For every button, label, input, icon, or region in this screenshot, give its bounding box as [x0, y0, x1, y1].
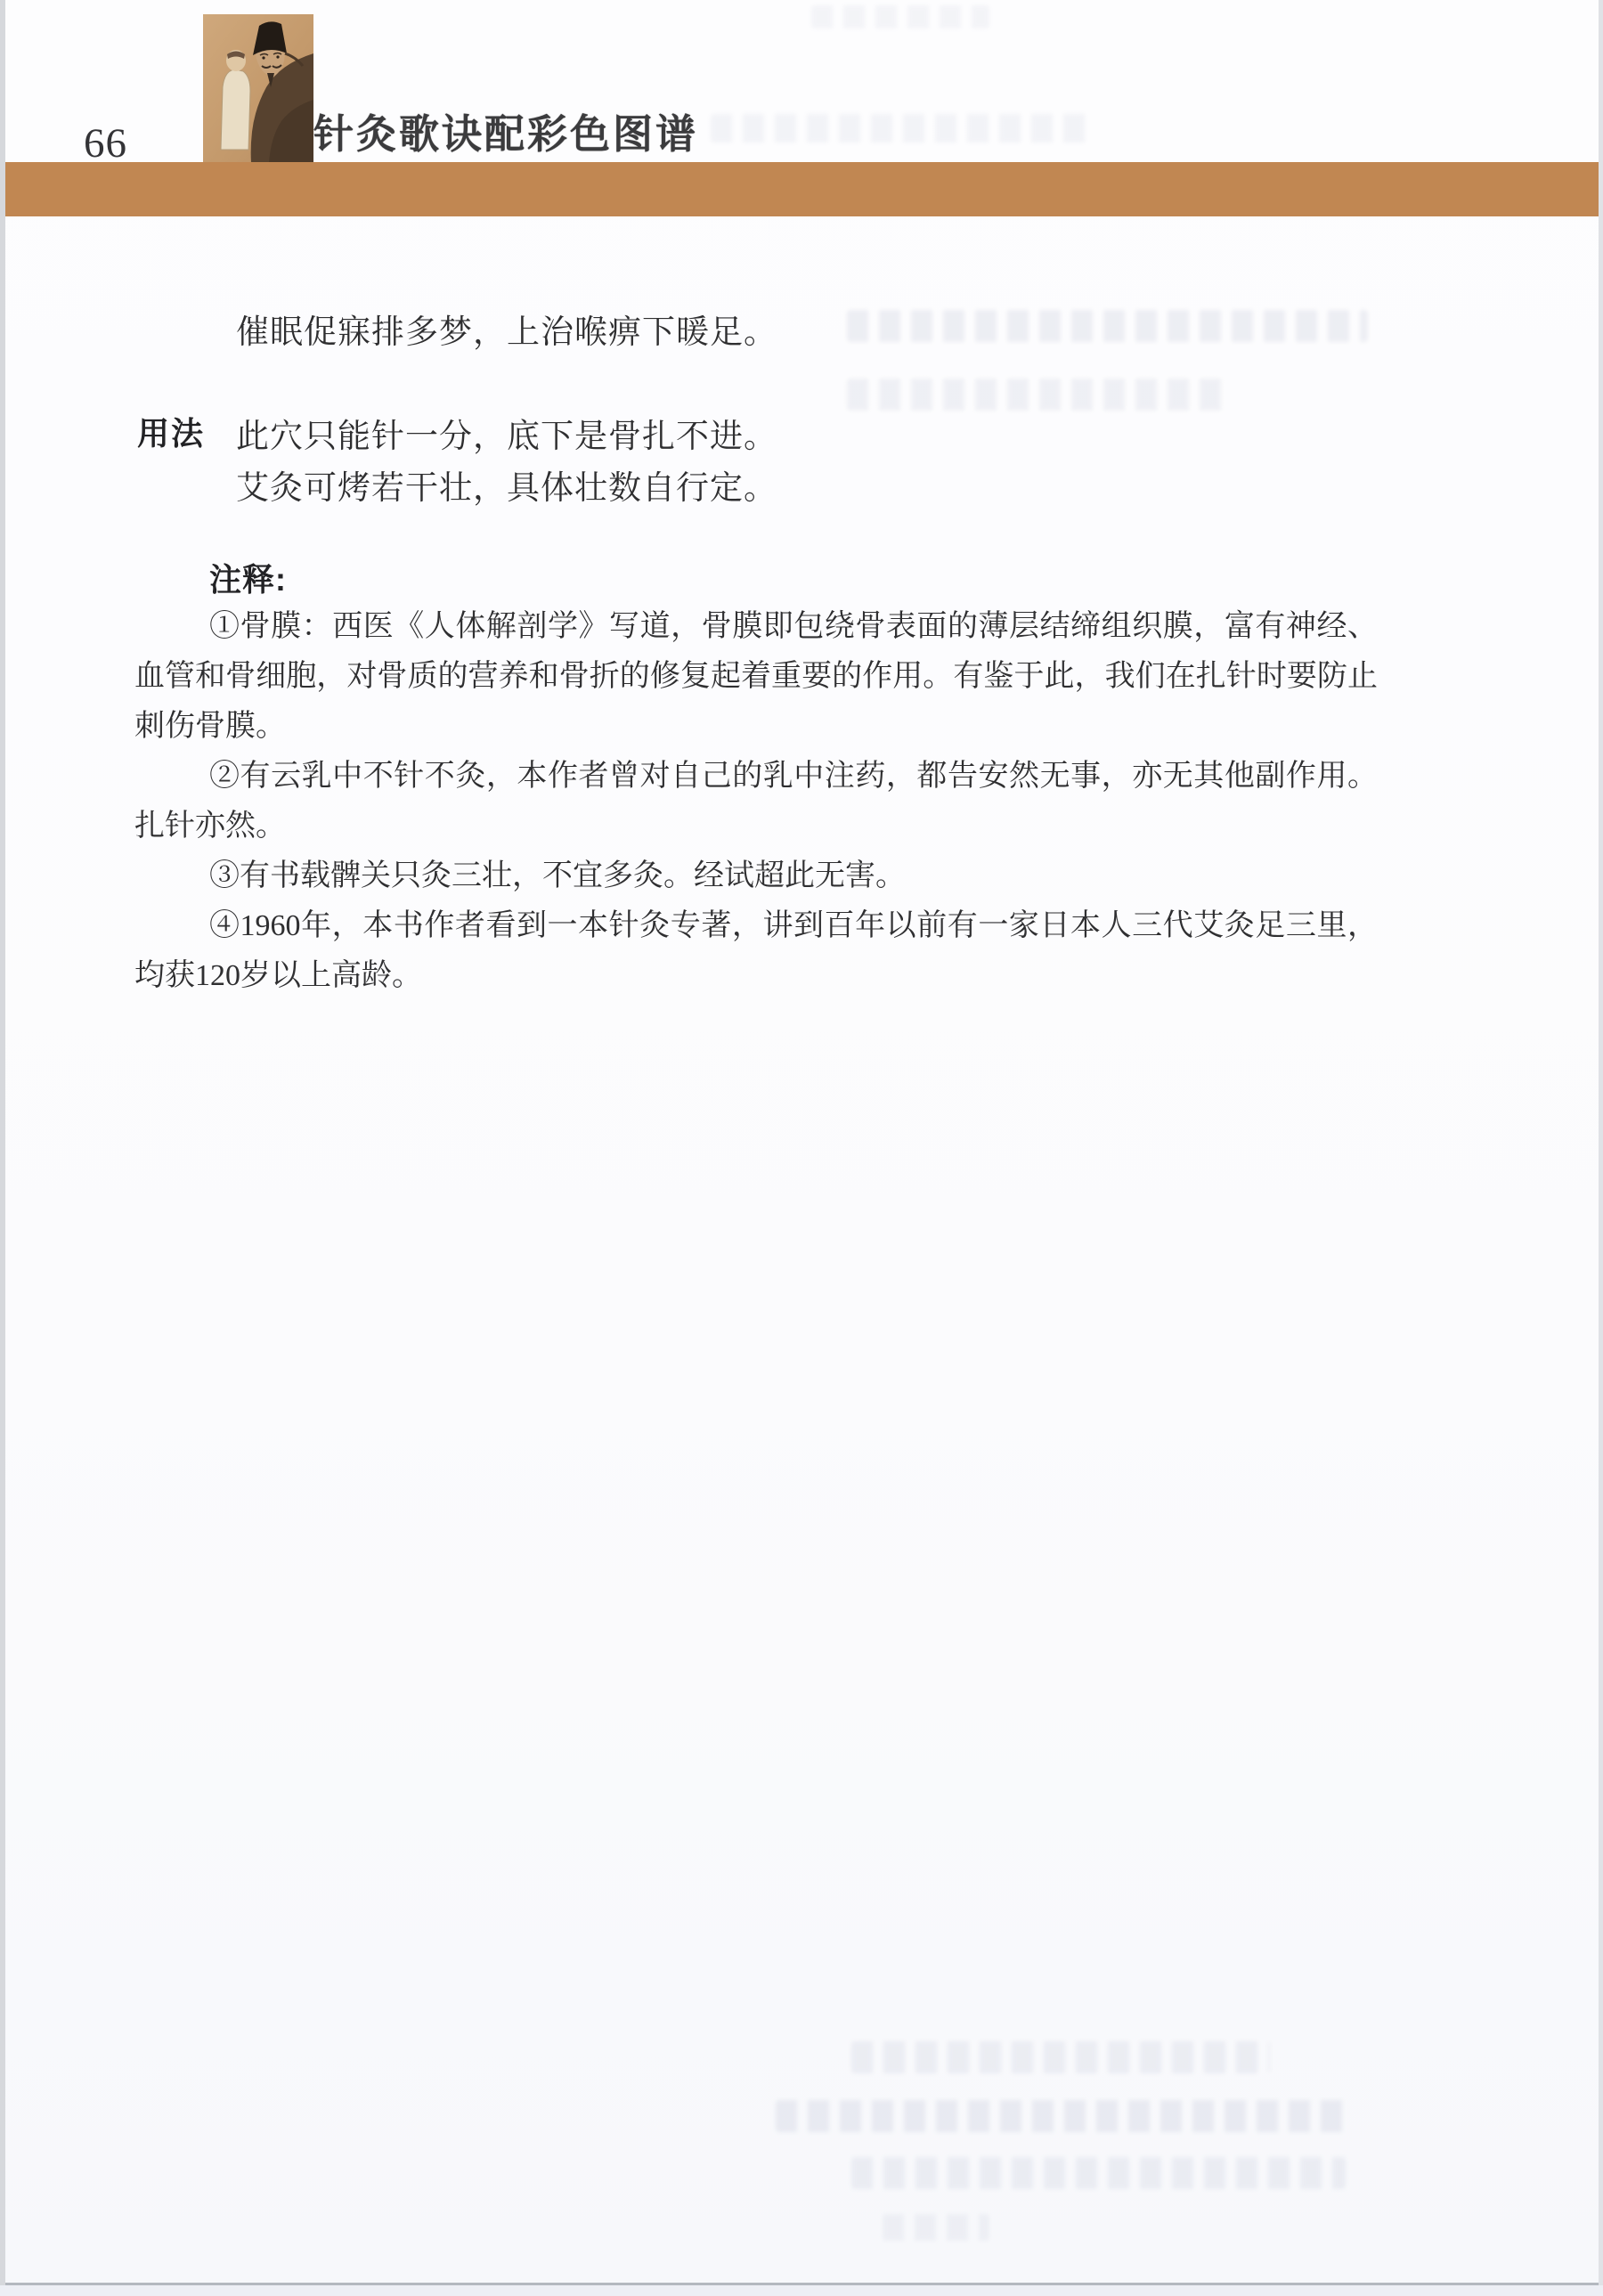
- page-number: 66: [84, 119, 127, 167]
- verse-line: 催眠促寐排多梦，上治喉痹下暖足。: [236, 305, 777, 353]
- scan-edge-left: [0, 0, 5, 2285]
- bleedthrough-text: [851, 2157, 1346, 2189]
- note-item-1: ①骨膜：西医《人体解剖学》写道，骨膜即包绕骨表面的薄层结缔组织膜，富有神经、血管…: [134, 602, 1378, 752]
- scan-edge-bottom: [0, 2285, 1603, 2296]
- usage-text-line-1: 此穴只能针一分，底下是骨扎不进。: [236, 409, 777, 457]
- physician-portrait-image: [203, 14, 313, 163]
- page-sheet: 66: [5, 0, 1599, 2285]
- note-item-2: ②有云乳中不针不灸，本作者曾对自己的乳中注药，都告安然无事，亦无其他副作用。扎针…: [134, 752, 1378, 851]
- scanned-book-page: { "page": { "number": "66", "title": "针灸…: [0, 0, 1603, 2296]
- bleedthrough-text: [776, 2100, 1346, 2132]
- bleedthrough-text: [847, 310, 1368, 342]
- bleedthrough-text: [811, 5, 989, 28]
- usage-text-line-2: 艾灸可烤若干壮，具体壮数自行定。: [236, 460, 777, 509]
- notes-block: ①骨膜：西医《人体解剖学》写道，骨膜即包绕骨表面的薄层结缔组织膜，富有神经、血管…: [134, 602, 1378, 1001]
- bleedthrough-text: [851, 2041, 1270, 2073]
- usage-section-label: 用法: [137, 409, 205, 454]
- scan-edge-right: [1599, 0, 1603, 2285]
- physician-portrait-art: [203, 14, 313, 163]
- bleedthrough-text: [883, 2214, 989, 2241]
- notes-heading: 注释:: [209, 555, 287, 600]
- book-header-title: 针灸歌诀配彩色图谱: [313, 102, 698, 159]
- bleedthrough-text: [847, 379, 1230, 411]
- header-divider-band: [5, 162, 1603, 216]
- note-item-3: ③有书载髀关只灸三壮，不宜多灸。经试超此无害。: [134, 851, 1378, 901]
- bleedthrough-text: [711, 114, 1094, 142]
- note-item-4: ④1960年，本书作者看到一本针灸专著，讲到百年以前有一家日本人三代艾灸足三里，…: [134, 901, 1378, 1001]
